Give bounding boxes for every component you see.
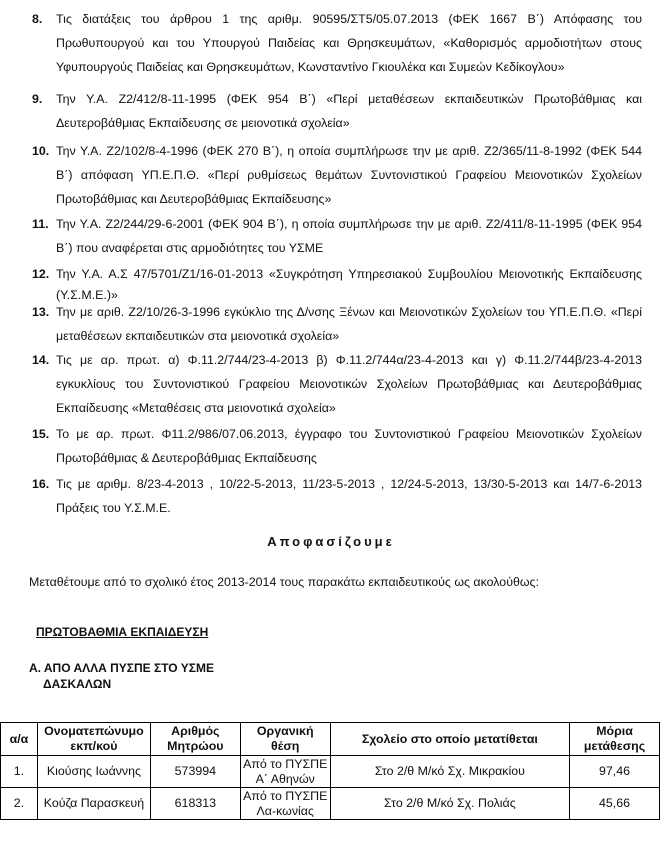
- item-text: Την Υ.Α. Ζ2/244/29-6-2001 (ΦΕΚ 904 Β΄), …: [56, 212, 642, 260]
- cell-name: Κούζα Παρασκευή: [37, 788, 150, 820]
- item-number: 10.: [32, 139, 49, 163]
- cell-position: Από το ΠΥΣΠΕ Α΄ Αθηνών: [240, 756, 330, 788]
- cell-name: Κιούσης Ιωάννης: [37, 756, 150, 788]
- cell-index: 2.: [1, 788, 38, 820]
- col-header-name: Ονοματεπώνυμο εκπ/κού: [37, 723, 150, 756]
- subsection-line-2: ΔΑΣΚΑΛΩΝ: [29, 676, 214, 692]
- cell-registry: 618313: [150, 788, 240, 820]
- subsection-line-1: Α. ΑΠΟ ΑΛΛΑ ΠΥΣΠΕ ΣΤΟ ΥΣΜΕ: [29, 660, 214, 676]
- item-text: Την Υ.Α. Ζ2/102/8-4-1996 (ΦΕΚ 270 Β΄), η…: [56, 139, 642, 211]
- legal-basis-item: 8. Τις διατάξεις του άρθρου 1 της αριθμ.…: [32, 7, 642, 79]
- cell-index: 1.: [1, 756, 38, 788]
- decision-heading: Αποφασίζουμε: [0, 534, 662, 549]
- item-text: Το με αρ. πρωτ. Φ11.2/986/07.06.2013, έγ…: [56, 422, 642, 470]
- item-text: Τις με αρ. πρωτ. α) Φ.11.2/744/23-4-2013…: [56, 348, 642, 420]
- table-row: 1. Κιούσης Ιωάννης 573994 Από το ΠΥΣΠΕ Α…: [1, 756, 660, 788]
- legal-basis-item: 13. Την με αριθ. Ζ2/10/26-3-1996 εγκύκλι…: [32, 300, 642, 348]
- col-header-school: Σχολείο στο οποίο μετατίθεται: [330, 723, 569, 756]
- item-number: 12.: [32, 264, 49, 285]
- cell-school: Στο 2/θ Μ/κό Σχ. Μικρακίου: [330, 756, 569, 788]
- col-header-points: Μόρια μετάθεσης: [570, 723, 660, 756]
- cell-points: 97,46: [570, 756, 660, 788]
- transfers-table: α/α Ονοματεπώνυμο εκπ/κού Αριθμός Μητρώο…: [0, 722, 660, 820]
- item-number: 16.: [32, 472, 49, 496]
- col-header-position: Οργανική θέση: [240, 723, 330, 756]
- col-header-registry: Αριθμός Μητρώου: [150, 723, 240, 756]
- section-title: ΠΡΩΤΟΒΑΘΜΙΑ ΕΚΠΑΙΔΕΥΣΗ: [36, 625, 208, 639]
- legal-basis-item: 16. Τις με αριθμ. 8/23-4-2013 , 10/22-5-…: [32, 472, 642, 520]
- cell-points: 45,66: [570, 788, 660, 820]
- item-number: 11.: [32, 212, 49, 236]
- item-text: Τις με αριθμ. 8/23-4-2013 , 10/22-5-2013…: [56, 472, 642, 520]
- document-page: 8. Τις διατάξεις του άρθρου 1 της αριθμ.…: [0, 0, 662, 843]
- col-header-index: α/α: [1, 723, 38, 756]
- subsection-heading: Α. ΑΠΟ ΑΛΛΑ ΠΥΣΠΕ ΣΤΟ ΥΣΜΕ ΔΑΣΚΑΛΩΝ: [29, 660, 214, 692]
- intro-text: Μεταθέτουμε από το σχολικό έτος 2013-201…: [29, 575, 539, 589]
- legal-basis-item: 11. Την Υ.Α. Ζ2/244/29-6-2001 (ΦΕΚ 904 Β…: [32, 212, 642, 260]
- legal-basis-item: 15. Το με αρ. πρωτ. Φ11.2/986/07.06.2013…: [32, 422, 642, 470]
- cell-school: Στο 2/θ Μ/κό Σχ. Πολιάς: [330, 788, 569, 820]
- table-row: 2. Κούζα Παρασκευή 618313 Από το ΠΥΣΠΕ Λ…: [1, 788, 660, 820]
- item-number: 9.: [32, 87, 42, 111]
- legal-basis-item: 10. Την Υ.Α. Ζ2/102/8-4-1996 (ΦΕΚ 270 Β΄…: [32, 139, 642, 211]
- item-number: 15.: [32, 422, 49, 446]
- legal-basis-item: 9. Την Υ.Α. Ζ2/412/8-11-1995 (ΦΕΚ 954 Β΄…: [32, 87, 642, 135]
- item-text: Τις διατάξεις του άρθρου 1 της αριθμ. 90…: [56, 7, 642, 79]
- legal-basis-item: 14. Τις με αρ. πρωτ. α) Φ.11.2/744/23-4-…: [32, 348, 642, 420]
- item-text: Την με αριθ. Ζ2/10/26-3-1996 εγκύκλιο τη…: [56, 300, 642, 348]
- item-number: 14.: [32, 348, 49, 372]
- cell-registry: 573994: [150, 756, 240, 788]
- item-number: 8.: [32, 7, 42, 31]
- table-header-row: α/α Ονοματεπώνυμο εκπ/κού Αριθμός Μητρώο…: [1, 723, 660, 756]
- item-number: 13.: [32, 300, 49, 324]
- cell-position: Από το ΠΥΣΠΕ Λα-κωνίας: [240, 788, 330, 820]
- item-text: Την Υ.Α. Ζ2/412/8-11-1995 (ΦΕΚ 954 Β΄) «…: [56, 87, 642, 135]
